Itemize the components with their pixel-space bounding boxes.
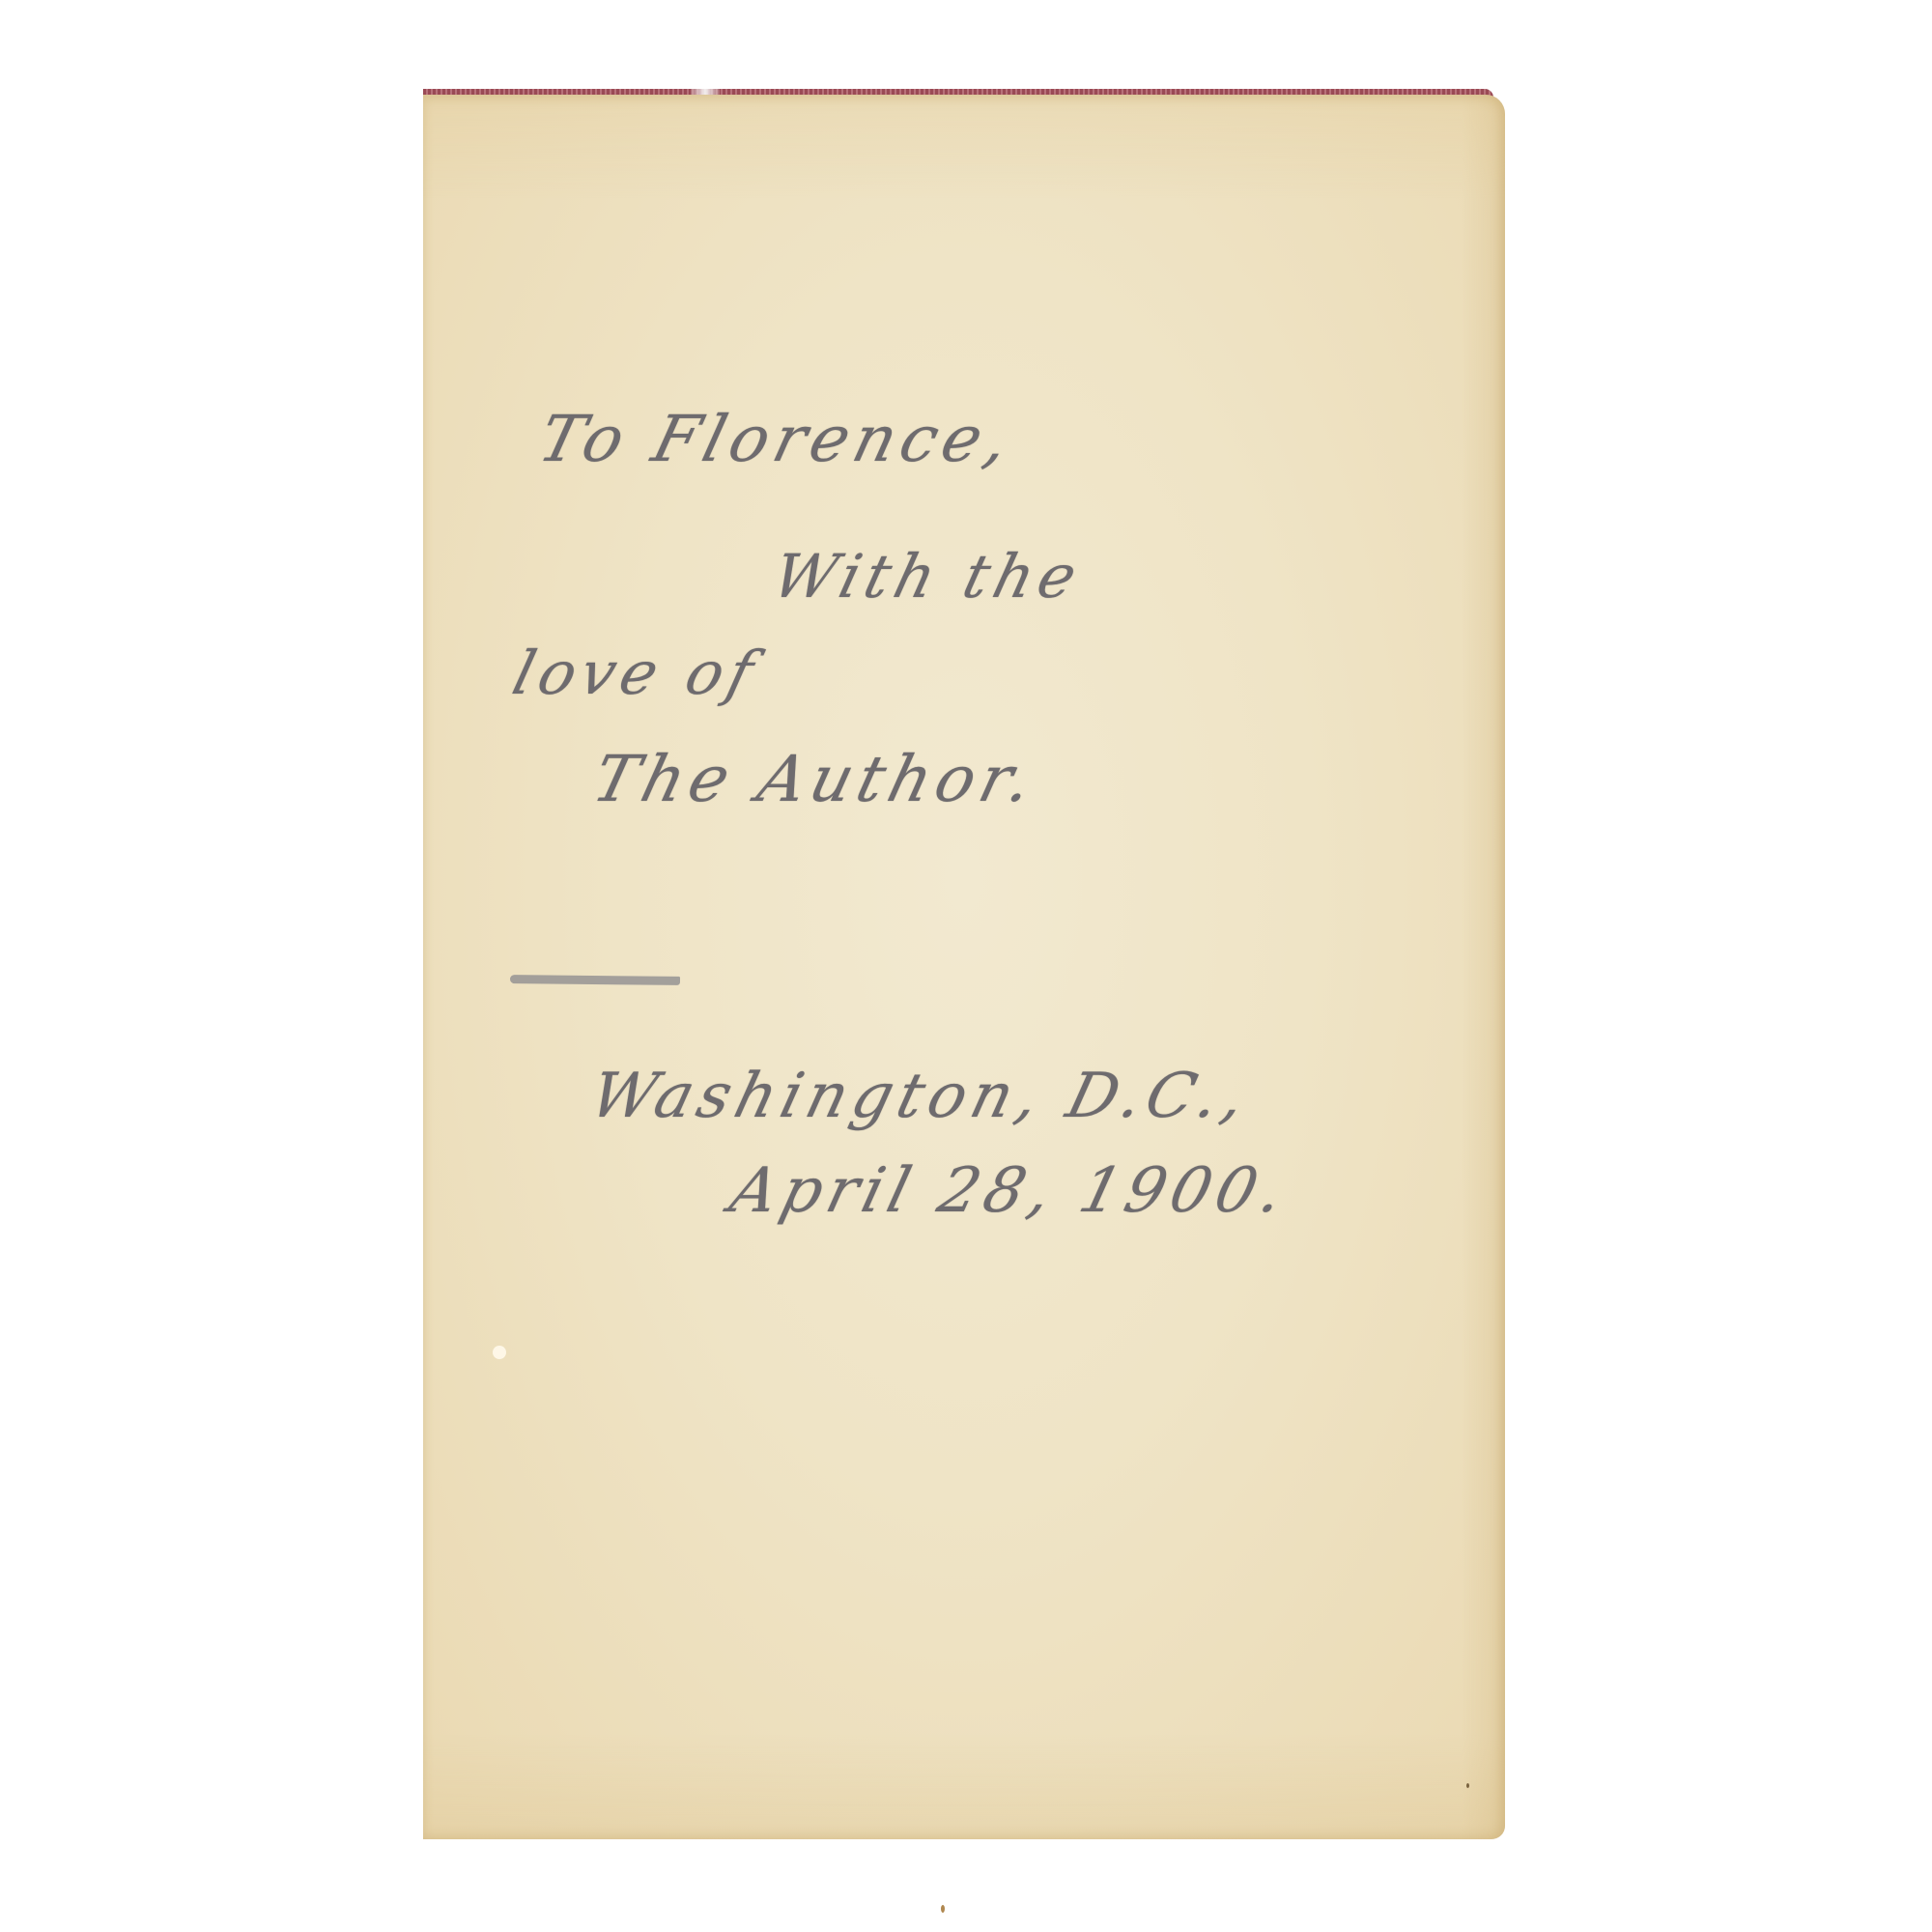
paper-foxing-spot — [1466, 1783, 1469, 1788]
paper-spot-light — [493, 1346, 506, 1359]
inscription-date: April 28, 1900. — [724, 1155, 1296, 1227]
inscription-place: Washington, D.C., — [583, 1061, 1258, 1132]
inscription-line-with: With the — [766, 541, 1090, 611]
inscription-salutation: To Florence, — [531, 402, 1022, 476]
ink-flourish-divider — [510, 975, 680, 985]
paper-foxing-spot — [941, 1905, 945, 1913]
flyleaf-page: To Florence, With the love of The Author… — [423, 95, 1505, 1839]
photo-stage: To Florence, With the love of The Author… — [0, 0, 1932, 1932]
inscription-signature: The Author. — [585, 742, 1045, 816]
inscription-line-love: love of — [506, 638, 766, 708]
